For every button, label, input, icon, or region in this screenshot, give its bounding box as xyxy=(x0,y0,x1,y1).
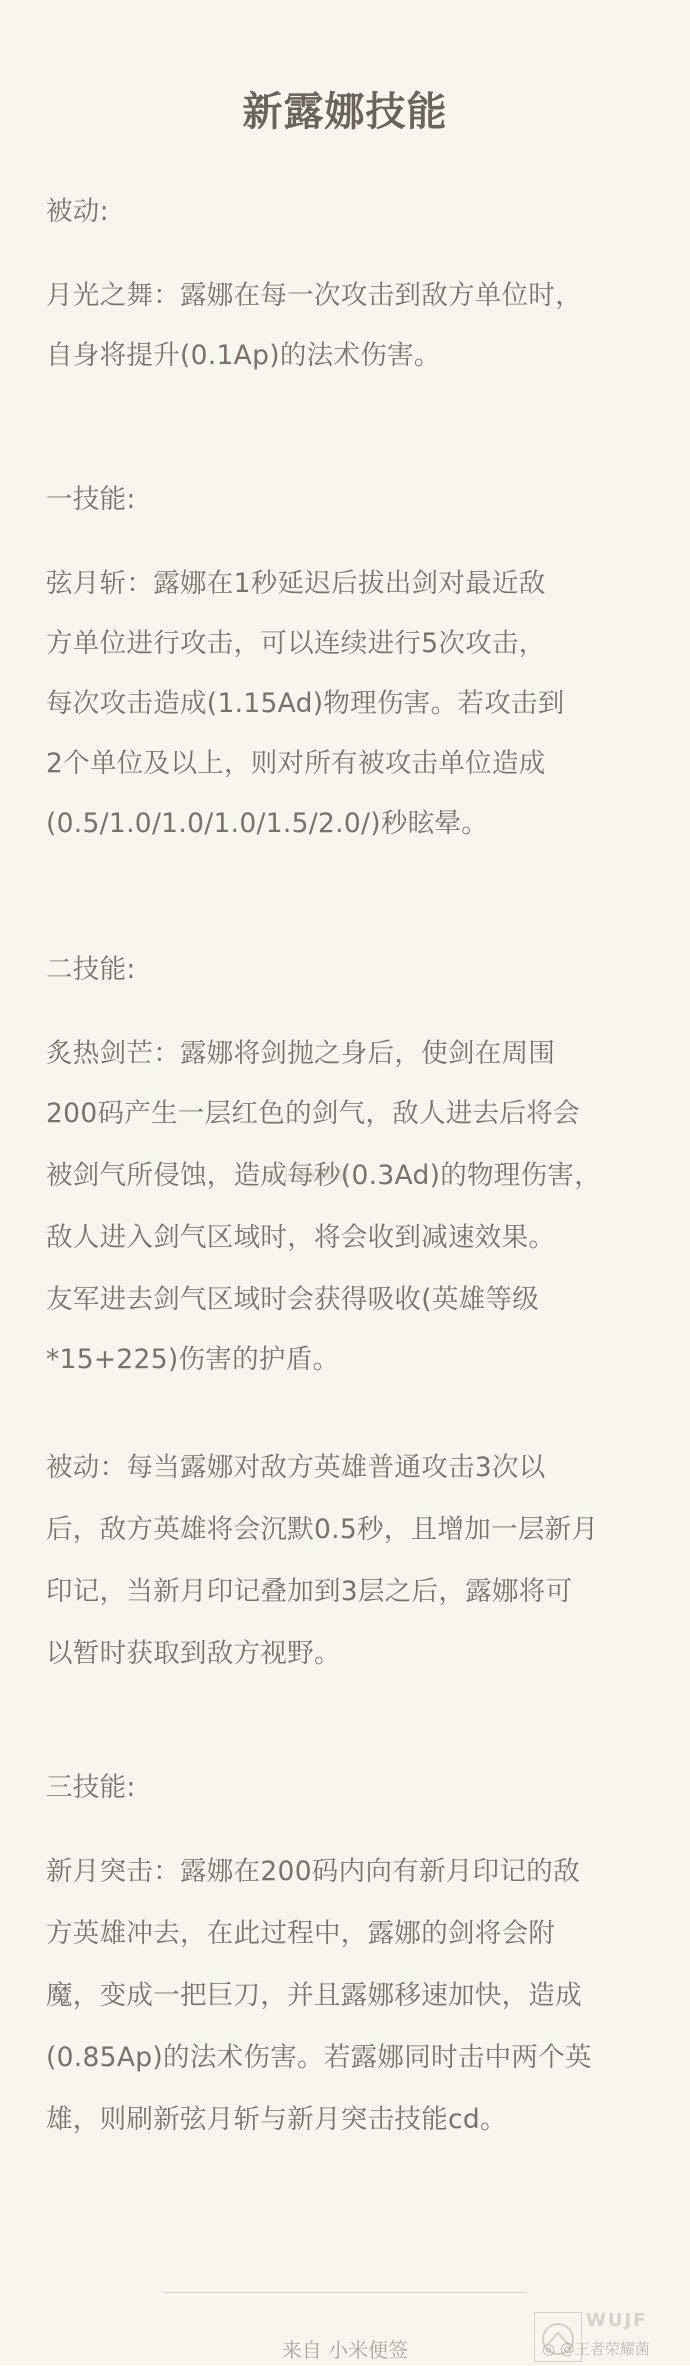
note-line: 方英雄冲去，在此过程中，露娜的剑将会附 xyxy=(46,1914,555,1954)
note-line: 炙热剑芒：露娜将剑抛之身后，使剑在周围 xyxy=(46,1034,555,1074)
watermark-handle-text: @王者荣耀菌 xyxy=(560,2340,650,2358)
watermark-handle: ◎ @王者荣耀菌 xyxy=(542,2338,650,2359)
weibo-icon: ◎ xyxy=(542,2340,555,2358)
note-line: 被动：每当露娜对敌方英雄普通攻击3次以 xyxy=(46,1448,546,1488)
note-title: 新露娜技能 xyxy=(0,82,690,142)
note-line: 友军进去剑气区域时会获得吸收(英雄等级 xyxy=(46,1280,539,1320)
inline-watermark: @王者荣耀菌 xyxy=(265,1165,349,1185)
watermark: WUJF ◎ @王者荣耀菌 xyxy=(534,2310,684,2362)
note-line: *15+225)伤害的护盾。 xyxy=(46,1340,339,1380)
note-line: 弦月斩：露娜在1秒延迟后拔出剑对最近敌 xyxy=(46,564,546,604)
watermark-brand: WUJF xyxy=(586,2310,647,2331)
note-line: 雄，则刷新弦月斩与新月突击技能cd。 xyxy=(46,2100,507,2140)
note-line: 新月突击：露娜在200码内向有新月印记的敌 xyxy=(46,1852,580,1892)
note-line: (0.5/1.0/1.0/1.0/1.5/2.0/)秒眩晕。 xyxy=(46,804,488,844)
note-line: 月光之舞：露娜在每一次攻击到敌方单位时， xyxy=(46,276,582,316)
note-line: 2个单位及以上，则对所有被攻击单位造成 xyxy=(46,744,546,784)
note-line: 后，敌方英雄将会沉默0.5秒，且增加一层新月 xyxy=(46,1510,598,1550)
note-line: 三技能: xyxy=(46,1768,136,1808)
note-line: 方单位进行攻击，可以连续进行5次攻击， xyxy=(46,624,546,664)
note-line: 一技能: xyxy=(46,480,136,520)
note-line: 二技能: xyxy=(46,950,136,990)
note-line: 敌人进入剑气区域时，将会收到减速效果。 xyxy=(46,1218,555,1258)
note-line: 以暂时获取到敌方视野。 xyxy=(46,1634,341,1674)
note-line: 魔，变成一把巨刀，并且露娜移速加快，造成 xyxy=(46,1976,582,2016)
note-line: 自身将提升(0.1Ap)的法术伤害。 xyxy=(46,336,441,376)
note-line: (0.85Ap)的法术伤害。若露娜同时击中两个英 xyxy=(46,2038,592,2078)
note-line: 每次攻击造成(1.15Ad)物理伤害。若攻击到 xyxy=(46,684,565,724)
note-line: 被动: xyxy=(46,192,109,232)
note-line: 200码产生一层红色的剑气，敌人进去后将会 xyxy=(46,1094,580,1134)
footer-divider xyxy=(163,2292,527,2293)
note-line: 印记，当新月印记叠加到3层之后，露娜将可 xyxy=(46,1572,572,1612)
